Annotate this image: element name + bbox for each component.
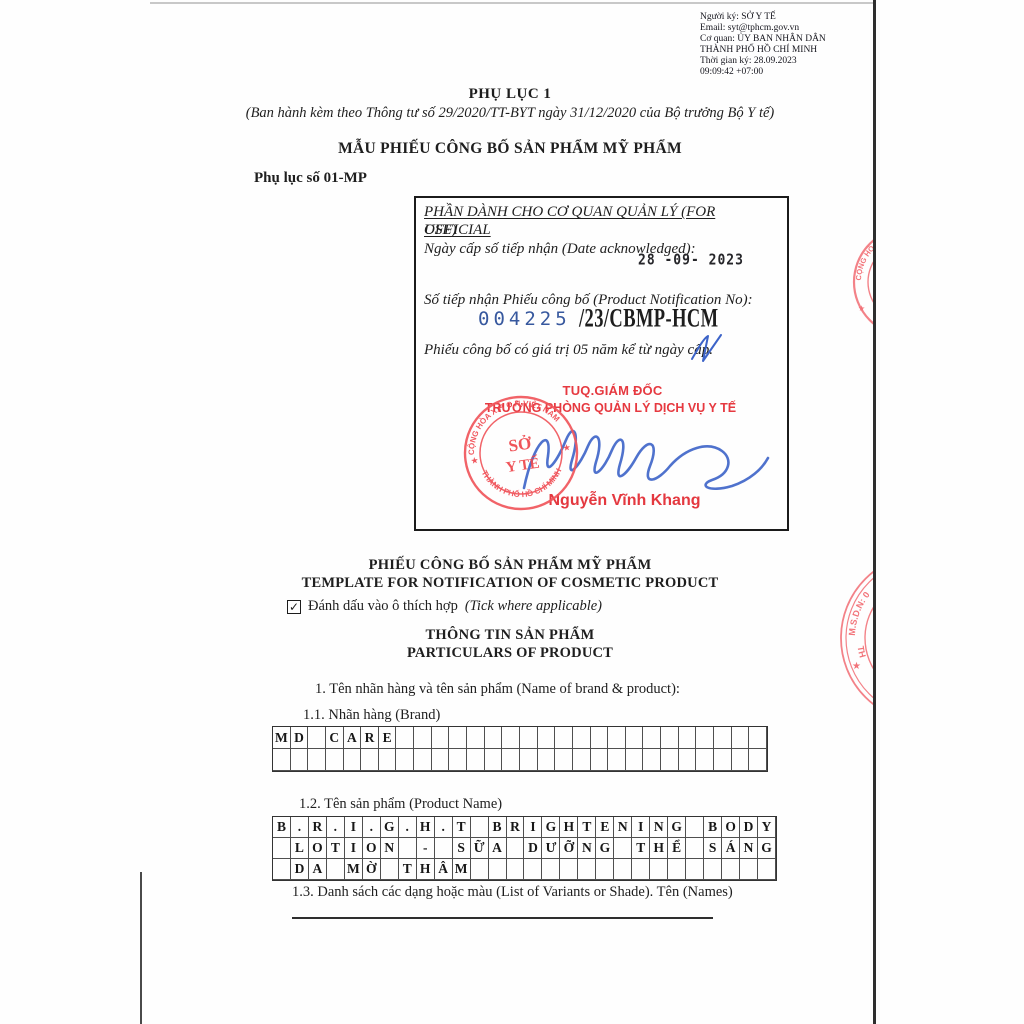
grid-cell [668,859,686,880]
scanned-document-page: Người ký: SỞ Y TẾ Email: syt@tphcm.gov.v… [0,0,1024,1024]
grid-cell [704,859,722,880]
grid-cell [679,727,697,749]
grid-cell [632,859,650,880]
grid-cell: G [668,817,686,838]
grid-cell: I [345,817,363,838]
grid-cell: A [344,727,362,749]
grid-cell [749,749,767,771]
grid-cell [414,727,432,749]
validity-note: Phiếu công bố có giá trị 05 năm kể từ ng… [424,341,781,359]
grid-cell: Ể [668,838,686,859]
grid-cell [614,838,632,859]
so-y-te-circular-stamp: CỘNG HÒA X.H C.N VIỆT NAM THÀNH PHỐ HỒ C… [452,384,590,522]
grid-cell [626,727,644,749]
grid-cell: - [417,838,435,859]
tick-note-vi: Đánh dấu vào ô thích hợp [308,598,458,615]
date-received-stamp: 28 -09- 2023 [638,252,744,269]
grid-cell: . [291,817,309,838]
grid-cell: Ỡ [560,838,578,859]
grid-cell [614,859,632,880]
grid-cell [273,838,291,859]
grid-cell [758,859,776,880]
grid-cell [626,749,644,771]
grid-cell: D [740,817,758,838]
grid-cell [507,859,525,880]
grid-cell: Á [722,838,740,859]
grid-cell [573,749,591,771]
stamp-center-line2: Y TẾ [505,455,541,477]
grid-cell: H [417,859,435,880]
grid-cell [449,749,467,771]
grid-cell: T [578,817,596,838]
brand-letter-grid: MDCARE [272,726,768,772]
grid-cell [489,859,507,880]
grid-cell: G [381,817,399,838]
grid-cell: Ư [542,838,560,859]
grid-cell [414,749,432,771]
grid-cell [435,838,453,859]
grid-cell: S [704,838,722,859]
grid-cell [661,749,679,771]
grid-cell [326,749,344,771]
grid-cell [502,749,520,771]
grid-cell [432,749,450,771]
grid-cell [379,749,397,771]
grid-cell [714,727,732,749]
grid-cell: O [309,838,327,859]
grid-cell [608,727,626,749]
notification-number-stamp: 004225 [478,308,571,330]
grid-cell [308,749,326,771]
notification-title-vi: PHIẾU CÔNG BỐ SẢN PHẨM MỸ PHẨM [145,557,875,574]
grid-cell [396,727,414,749]
grid-cell: I [632,817,650,838]
grid-cell: M [345,859,363,880]
grid-cell: Â [435,859,453,880]
grid-cell: . [327,817,345,838]
appendix-number: Phụ lục số 01-MP [254,170,367,187]
svg-text:CỘNG HÒA XÃ HỘI CHỦ NGHĨA VIỆT: CỘNG HÒA XÃ HỘI CHỦ NGHĨA VIỆT NAM [838,212,874,282]
sign-time-line: Thời gian ký: 28.09.2023 [700,56,880,67]
grid-cell [449,727,467,749]
grid-cell: A [309,859,327,880]
grid-cell: H [417,817,435,838]
grid-cell: T [453,817,471,838]
edge-stamp-top-star: ★ [858,304,865,313]
grid-cell: N [578,838,596,859]
grid-cell [361,749,379,771]
stamp-center-line1: SỞ [507,433,533,455]
product-name-letter-grid: B.R.I.G.H.TBRIGHTENINGBODYLOTION-SỮADƯỠN… [272,816,777,881]
grid-cell: D [291,727,309,749]
grid-cell [749,727,767,749]
stamp-star-right: ★ [562,442,571,453]
grid-cell [471,817,489,838]
grid-cell: . [363,817,381,838]
page-right-edge [873,0,876,1024]
tick-note-en: (Tick where applicable) [465,598,602,615]
partial-circular-stamp-top: CỘNG HÒA XÃ HỘI CHỦ NGHĨA VIỆT NAM ★ [838,212,874,352]
grid-cell [643,727,661,749]
grid-cell [485,749,503,771]
signer-line: Người ký: SỞ Y TẾ [700,12,880,23]
sign-time-line2: 09:09:42 +07:00 [700,67,880,78]
edge-stamp-bottom-star: ★ [852,661,861,672]
grid-cell: T [327,838,345,859]
grid-cell [740,859,758,880]
grid-cell: . [399,817,417,838]
grid-cell [573,727,591,749]
grid-cell: D [291,859,309,880]
grid-cell: R [507,817,525,838]
item-1-3-label: 1.3. Danh sách các dạng hoặc màu (List o… [292,884,733,901]
notification-number-suffix-stamp: /23/CBMP-HCM [579,302,719,334]
agency-line2: THÀNH PHỐ HỒ CHÍ MINH [700,45,880,56]
page-left-edge [140,872,142,1024]
grid-cell: I [345,838,363,859]
grid-cell [273,859,291,880]
item-1-2-label: 1.2. Tên sản phẩm (Product Name) [299,796,502,813]
grid-cell [555,727,573,749]
grid-cell: R [361,727,379,749]
grid-cell [471,859,489,880]
grid-cell [485,727,503,749]
grid-cell [467,727,485,749]
form-template-title: MẪU PHIẾU CÔNG BỐ SẢN PHẨM MỸ PHẨM [145,140,875,158]
grid-cell [686,817,704,838]
grid-cell: G [542,817,560,838]
grid-cell: H [560,817,578,838]
grid-cell [524,859,542,880]
grid-cell: B [273,817,291,838]
grid-cell [399,838,417,859]
grid-cell: T [399,859,417,880]
stamp-star-left: ★ [470,455,479,466]
grid-cell [432,727,450,749]
variants-answer-line [292,917,713,919]
grid-cell: N [650,817,668,838]
grid-cell [608,749,626,771]
grid-cell: G [596,838,614,859]
grid-cell [308,727,326,749]
grid-cell [696,727,714,749]
grid-cell: S [453,838,471,859]
grid-cell [396,749,414,771]
grid-cell [507,838,525,859]
check-mark-icon: ✓ [289,601,299,613]
grid-cell: E [379,727,397,749]
grid-cell [467,749,485,771]
grid-cell [714,749,732,771]
grid-cell [344,749,362,771]
grid-cell [679,749,697,771]
grid-cell [696,749,714,771]
signer-title-1: TUQ.GIÁM ĐỐC [416,383,787,398]
grid-cell: O [722,817,740,838]
item-1-label: 1. Tên nhãn hàng và tên sản phẩm (Name o… [315,681,680,698]
grid-cell [560,859,578,880]
grid-cell: T [632,838,650,859]
page-top-edge [150,2,874,4]
appendix-title: PHỤ LỤC 1 [145,86,875,103]
grid-cell [555,749,573,771]
grid-cell: B [489,817,507,838]
grid-cell: I [524,817,542,838]
digital-signature-info: Người ký: SỞ Y TẾ Email: syt@tphcm.gov.v… [700,12,880,78]
item-1-1-label: 1.1. Nhãn hàng (Brand) [303,707,440,724]
tick-instruction-line: ✓ Đánh dấu vào ô thích hợp (Tick where a… [287,598,602,615]
grid-cell: Y [758,817,776,838]
product-info-title-vi: THÔNG TIN SẢN PHẨM [145,627,875,644]
grid-cell: R [309,817,327,838]
grid-cell [502,727,520,749]
grid-cell: L [291,838,309,859]
edge-stamp-top-text: CỘNG HÒA XÃ HỘI CHỦ NGHĨA VIỆT NAM [838,212,874,282]
grid-cell [686,838,704,859]
grid-cell [291,749,309,771]
grid-cell [381,859,399,880]
grid-cell [520,727,538,749]
grid-cell [327,859,345,880]
grid-cell: M [273,727,291,749]
grid-cell: H [650,838,668,859]
official-use-heading-line2: USE) [424,221,781,239]
grid-cell: N [740,838,758,859]
grid-cell [591,727,609,749]
grid-cell [732,727,750,749]
blue-initial-mark [688,332,726,366]
grid-cell: C [326,727,344,749]
grid-cell [538,749,556,771]
email-line: Email: syt@tphcm.gov.vn [700,23,880,34]
official-use-box: PHẦN DÀNH CHO CƠ QUAN QUẢN LÝ (FOR OFFIC… [414,196,789,531]
grid-cell: M [453,859,471,880]
grid-cell [732,749,750,771]
grid-cell [520,749,538,771]
grid-cell: A [489,838,507,859]
grid-cell [596,859,614,880]
grid-cell: N [614,817,632,838]
checked-checkbox: ✓ [287,600,301,614]
grid-cell: G [758,838,776,859]
grid-cell: N [381,838,399,859]
grid-cell: Ữ [471,838,489,859]
grid-cell [591,749,609,771]
grid-cell [643,749,661,771]
grid-cell: O [363,838,381,859]
grid-cell: B [704,817,722,838]
agency-line: Cơ quan: ỦY BAN NHÂN DÂN [700,34,880,45]
grid-cell: E [596,817,614,838]
grid-cell [722,859,740,880]
grid-cell [273,749,291,771]
appendix-subtitle: (Ban hành kèm theo Thông tư số 29/2020/T… [145,105,875,122]
grid-cell [538,727,556,749]
grid-cell [686,859,704,880]
grid-cell: . [435,817,453,838]
grid-cell: Ờ [363,859,381,880]
grid-cell [578,859,596,880]
grid-cell [650,859,668,880]
grid-cell [661,727,679,749]
product-info-title-en: PARTICULARS OF PRODUCT [145,645,875,662]
grid-cell: D [524,838,542,859]
notification-title-en: TEMPLATE FOR NOTIFICATION OF COSMETIC PR… [145,575,875,592]
grid-cell [542,859,560,880]
